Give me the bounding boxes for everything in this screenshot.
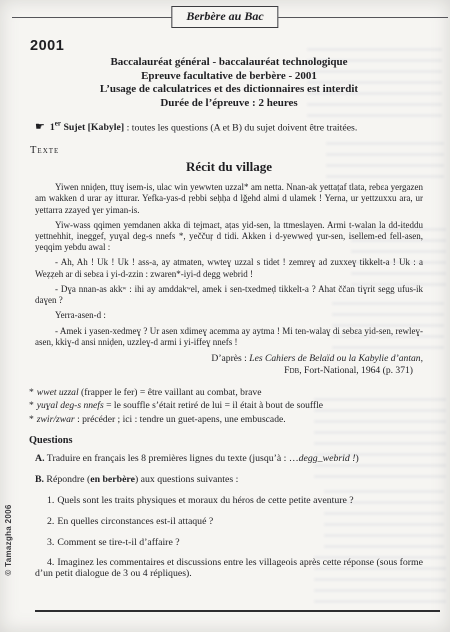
footnote-marker: * <box>29 414 34 425</box>
copyright-vertical: © Tamazgha 2006 <box>4 490 14 590</box>
question-a-quote: degg_webrid ! <box>299 453 356 464</box>
subject-title: Sujet [Kabyle] <box>61 122 124 133</box>
question-a: A. Traduire en français les 8 premières … <box>35 453 423 464</box>
title-line: Baccalauréat général - baccalauréat tech… <box>35 56 423 70</box>
footnote: *yuɣal deg-s nnefs = le souffle s’était … <box>29 399 423 413</box>
pointing-hand-icon: ☛ <box>35 121 45 133</box>
footnote: *wwet uzzal (frapper le fer) = être vail… <box>29 386 423 400</box>
story-paragraph: - Dɣa nnan-as akkʷ : ihi ay amddakʷel, a… <box>35 284 423 306</box>
story-paragraph: Yerra-asen-d : <box>35 310 423 321</box>
question-item-number: 2. <box>47 516 54 527</box>
attribution-prefix: D’après : <box>211 353 249 364</box>
footer-rule <box>35 610 440 612</box>
question-letter: B. <box>35 474 44 485</box>
story-text: Yiwen nniḍen, ttuɣ isem-is, ulac win yew… <box>35 182 423 348</box>
texte-label: Texte <box>30 145 423 156</box>
footnotes: *wwet uzzal (frapper le fer) = être vail… <box>29 386 423 427</box>
question-b: B. Répondre (en berbère) aux questions s… <box>35 474 423 485</box>
footnote-term: yuɣal deg-s nnefs <box>37 400 104 411</box>
subject-instructions: : toutes les questions (A et B) du sujet… <box>124 122 357 133</box>
question-a-close: ) <box>356 453 359 464</box>
question-item-number: 1. <box>47 495 54 506</box>
title-line: Epreuve facultative de berbère - 2001 <box>35 70 423 84</box>
title-block: Baccalauréat général - baccalauréat tech… <box>35 56 423 110</box>
attribution-source: Les Cahiers de Belaïd ou la Kabylie d’an… <box>249 353 423 364</box>
attribution-publisher: Fdb <box>284 365 299 376</box>
footnote-marker: * <box>29 400 34 411</box>
footnote-term: zwir/zwar <box>37 414 75 425</box>
question-letter: A. <box>35 453 45 464</box>
story-paragraph: Yiwen nniḍen, ttuɣ isem-is, ulac win yew… <box>35 182 423 216</box>
footnote-text: (frapper le fer) = être vaillant au comb… <box>79 387 262 398</box>
footnote-text: = le souffle s’était retiré de lui = il … <box>104 400 323 411</box>
question-item: 1.Quels sont les traits physiques et mor… <box>35 495 423 506</box>
question-item-text: Imaginez les commentaires et discussions… <box>35 557 423 579</box>
question-b-post: ) aux questions suivantes : <box>135 474 238 485</box>
attribution-details: , Fort-National, 1964 (p. 371) <box>299 365 413 376</box>
year-label: 2001 <box>30 38 64 54</box>
attribution-line1: D’après : Les Cahiers de Belaïd ou la Ka… <box>35 353 423 365</box>
question-b-bold: en berbère <box>90 474 135 485</box>
story-paragraph: - Ah, Ah ! Uk ! Uk ! ass-a, ay atmaten, … <box>35 257 423 279</box>
title-line: L’usage de calculatrices et des dictionn… <box>35 83 423 97</box>
page-content: Baccalauréat général - baccalauréat tech… <box>35 56 423 589</box>
title-line: Durée de l’épreuve : 2 heures <box>35 97 423 111</box>
attribution-line2: Fdb, Fort-National, 1964 (p. 371) <box>35 365 413 377</box>
story-title: Récit du village <box>35 159 423 175</box>
attribution: D’après : Les Cahiers de Belaïd ou la Ka… <box>35 353 423 377</box>
question-item-text: En quelles circonstances est-il attaqué … <box>57 516 213 527</box>
question-item-number: 3. <box>47 537 54 548</box>
footnote: *zwir/zwar : précéder ; ici : tendre un … <box>29 413 423 427</box>
footnote-marker: * <box>29 387 34 398</box>
questions-heading: Questions <box>29 435 423 446</box>
scanned-exam-page: { "colors": { "page_bg": "#f6f5f2", "ink… <box>0 0 450 632</box>
question-item-number: 4. <box>47 557 54 568</box>
question-item: 4.Imaginez les commentaires et discussio… <box>35 557 423 579</box>
question-item-text: Comment se tire-t-il d’affaire ? <box>57 537 179 548</box>
subject-note: ☛1er Sujet [Kabyle] : toutes les questio… <box>35 120 423 133</box>
question-a-text: Traduire en français les 8 premières lig… <box>45 453 299 464</box>
banner-box: Berbère au Bac <box>171 6 278 28</box>
question-item-text: Quels sont les traits physiques et morau… <box>57 495 353 506</box>
footnote-term: wwet uzzal <box>37 387 79 398</box>
story-paragraph: - Amek i yasen-xedmeɣ ? Ur asen xdimeɣ a… <box>35 326 423 348</box>
footnote-text: : précéder ; ici : tendre un guet-apens,… <box>75 414 286 425</box>
story-paragraph: Yiw-wass qqimen yemdanen akka di tejmaɛt… <box>35 220 423 254</box>
banner-label: Berbère au Bac <box>186 9 263 23</box>
question-b-pre: Répondre ( <box>44 474 90 485</box>
question-item: 2.En quelles circonstances est-il attaqu… <box>35 516 423 527</box>
question-item: 3.Comment se tire-t-il d’affaire ? <box>35 537 423 548</box>
